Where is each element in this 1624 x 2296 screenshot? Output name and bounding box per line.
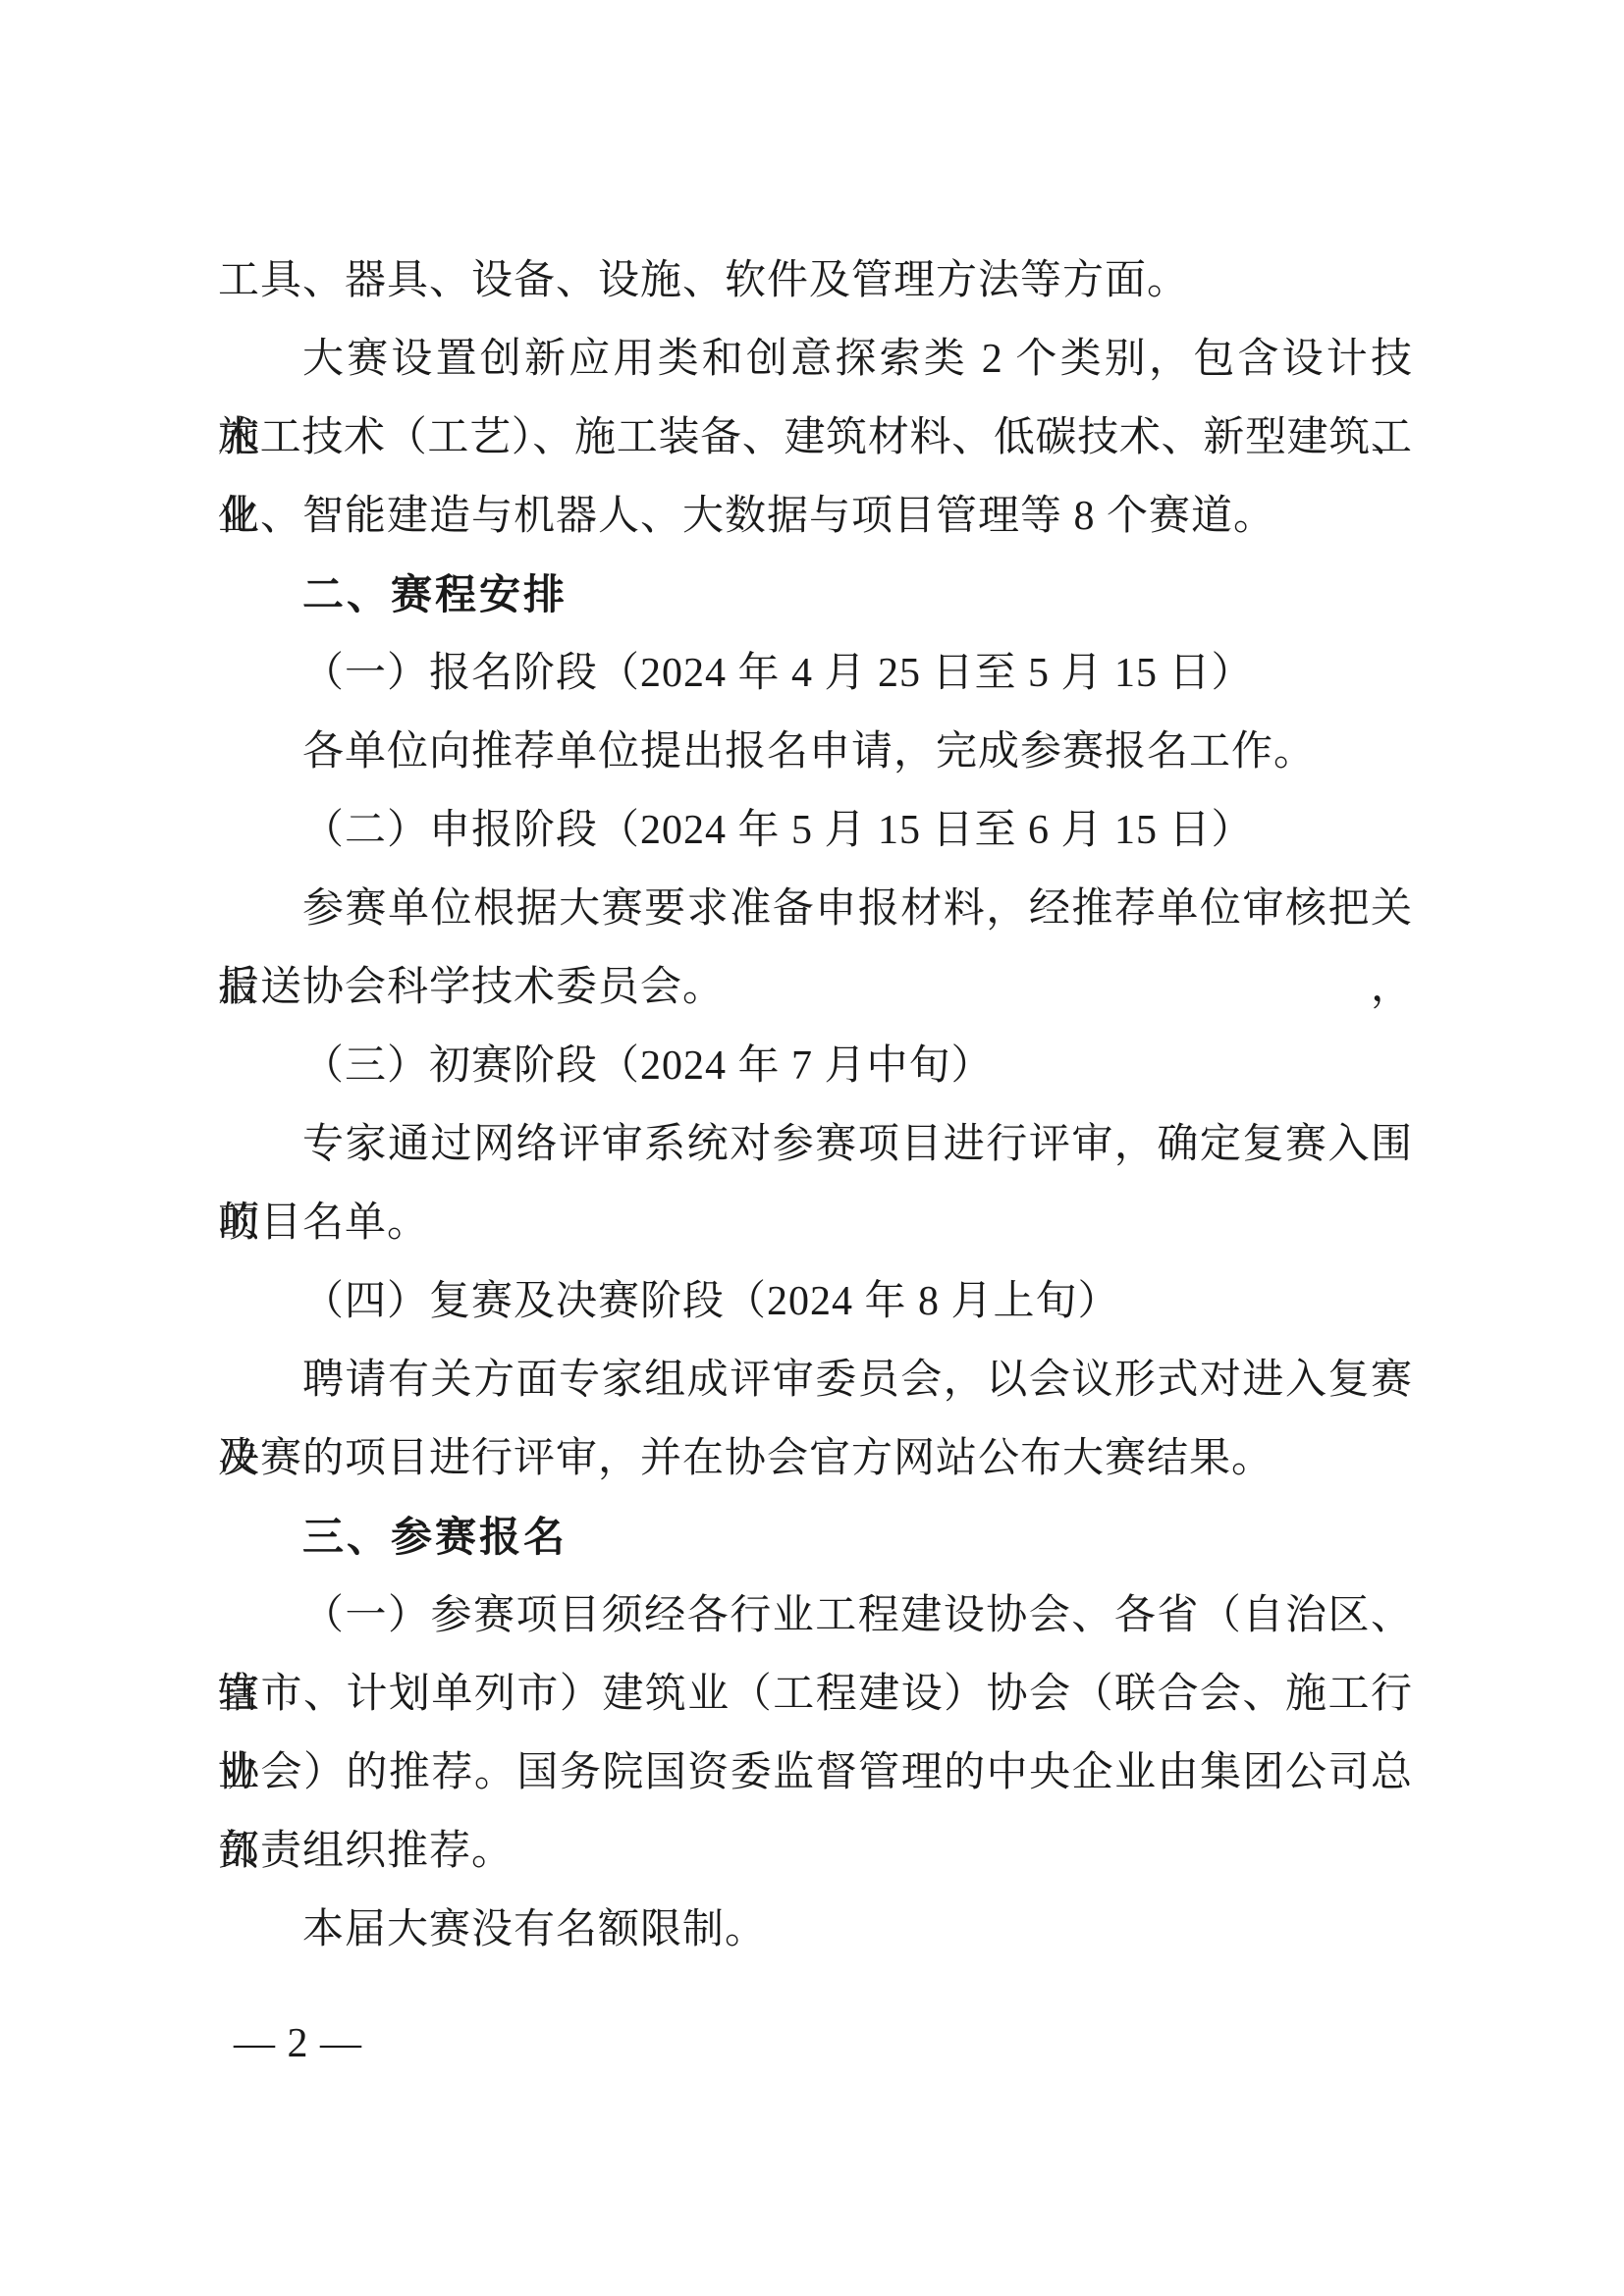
text-line: 决赛的项目进行评审，并在协会官方网站公布大赛结果。 (218, 1419, 1412, 1498)
document-body: 工具、器具、设备、设施、软件及管理方法等方面。大赛设置创新应用类和创意探索类 2… (218, 241, 1412, 1969)
text-line: 本届大赛没有名额限制。 (218, 1891, 1412, 1969)
document-page: 工具、器具、设备、设施、软件及管理方法等方面。大赛设置创新应用类和创意探索类 2… (0, 0, 1624, 2296)
section-heading: 三、参赛报名 (218, 1498, 1412, 1576)
text-line: 协会）的推荐。国务院国资委监督管理的中央企业由集团公司总部 (218, 1734, 1412, 1812)
text-line: 施工技术（工艺）、施工装备、建筑材料、低碳技术、新型建筑工业 (218, 399, 1412, 477)
text-line: （一）报名阶段（2024 年 4 月 25 日至 5 月 15 日） (218, 634, 1412, 713)
text-line: （三）初赛阶段（2024 年 7 月中旬） (218, 1027, 1412, 1105)
text-line: 辖市、计划单列市）建筑业（工程建设）协会（联合会、施工行业 (218, 1655, 1412, 1734)
text-line: 参赛单位根据大赛要求准备申报材料，经推荐单位审核把关后， (218, 870, 1412, 948)
text-line: 大赛设置创新应用类和创意探索类 2 个类别，包含设计技术、 (218, 320, 1412, 399)
section-heading: 二、赛程安排 (218, 556, 1412, 634)
text-line: （一）参赛项目须经各行业工程建设协会、各省（自治区、直 (218, 1576, 1412, 1655)
text-line: 项目名单。 (218, 1184, 1412, 1262)
text-line: 工具、器具、设备、设施、软件及管理方法等方面。 (218, 241, 1412, 320)
text-line: （二）申报阶段（2024 年 5 月 15 日至 6 月 15 日） (218, 791, 1412, 870)
text-line: （四）复赛及决赛阶段（2024 年 8 月上旬） (218, 1262, 1412, 1341)
text-line: 各单位向推荐单位提出报名申请，完成参赛报名工作。 (218, 713, 1412, 791)
text-line: 聘请有关方面专家组成评审委员会，以会议形式对进入复赛及 (218, 1341, 1412, 1419)
text-line: 化、智能建造与机器人、大数据与项目管理等 8 个赛道。 (218, 477, 1412, 556)
page-number: — 2 — (234, 2020, 362, 2067)
text-line: 专家通过网络评审系统对参赛项目进行评审，确定复赛入围的 (218, 1105, 1412, 1184)
text-line: 负责组织推荐。 (218, 1812, 1412, 1891)
